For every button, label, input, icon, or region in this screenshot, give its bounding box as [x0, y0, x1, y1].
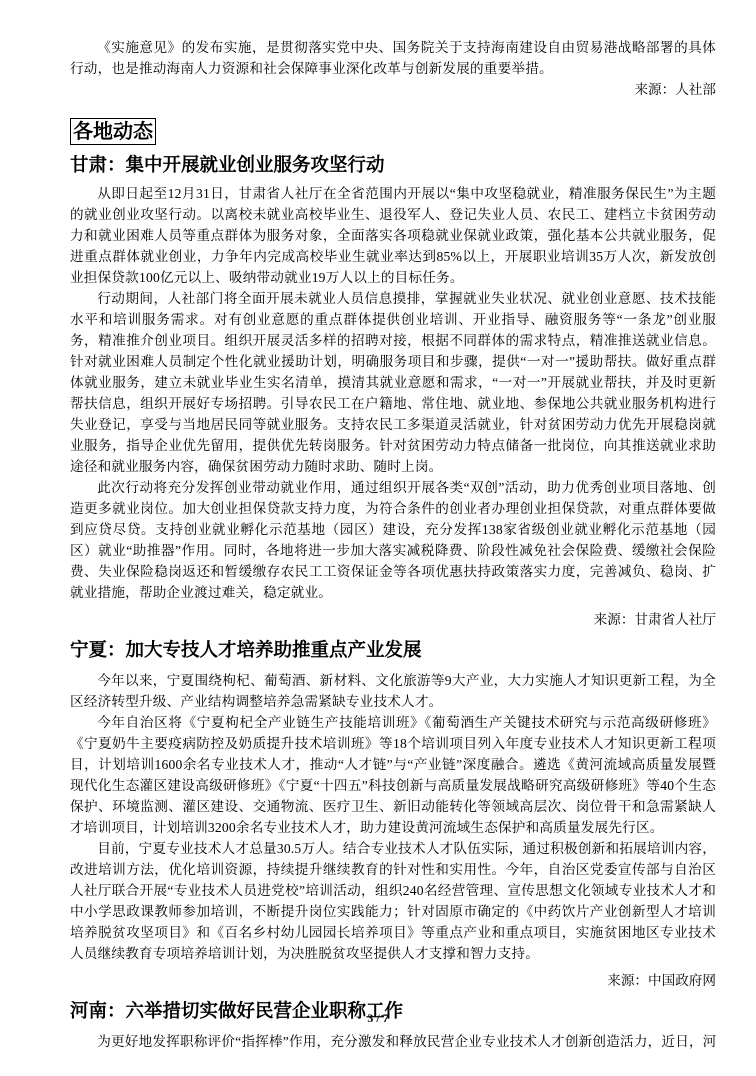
- article-paragraph: 今年以来，宁夏围绕枸杞、葡萄酒、新材料、文化旅游等9大产业，大力实施人才知识更新…: [70, 670, 716, 712]
- article-paragraph: 行动期间，人社部门将全面开展未就业人员信息摸排，掌握就业失业状况、就业创业意愿、…: [70, 288, 716, 477]
- article-paragraph: 目前，宁夏专业技术人才总量30.5万人。结合专业技术人才队伍实际，通过积极创新和…: [70, 838, 716, 964]
- article-source-gansu: 来源：甘肃省人社厅: [70, 609, 716, 630]
- article-paragraph: 此次行动将充分发挥创业带动就业作用，通过组织开展各类“双创”活动，助力优秀创业项…: [70, 477, 716, 603]
- section-title: 各地动态: [70, 118, 716, 145]
- page-number: 3 / 7: [0, 1011, 756, 1026]
- document-page: 《实施意见》的发布实施，是贯彻落实党中央、国务院关于支持海南建设自由贸易港战略部…: [70, 0, 716, 1052]
- intro-source: 来源：人社部: [70, 79, 716, 100]
- intro-paragraph: 《实施意见》的发布实施，是贯彻落实党中央、国务院关于支持海南建设自由贸易港战略部…: [70, 37, 716, 79]
- article-title-ningxia: 宁夏：加大专技人才培养助推重点产业发展: [70, 638, 716, 664]
- article-title-gansu: 甘肃：集中开展就业创业服务攻坚行动: [70, 153, 716, 179]
- article-paragraph: 今年自治区将《宁夏枸杞全产业链生产技能培训班》《葡萄酒生产关键技术研究与示范高级…: [70, 712, 716, 838]
- article-source-ningxia: 来源：中国政府网: [70, 970, 716, 991]
- article-paragraph: 为更好地发挥职称评价“指挥棒”作用，充分激发和释放民营企业专业技术人才创新创造活…: [70, 1031, 716, 1052]
- article-paragraph: 从即日起至12月31日，甘肃省人社厅在全省范围内开展以“集中攻坚稳就业，精准服务…: [70, 183, 716, 288]
- section-title-box: 各地动态: [70, 118, 156, 145]
